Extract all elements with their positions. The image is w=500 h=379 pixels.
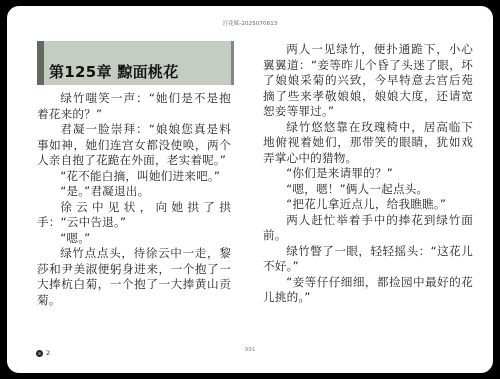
paragraph: 君凝一脸崇拜：“娘娘您真是料事如神，她们连宫女都没使唤，两个人亲自抱了花跪在外面…	[23, 122, 231, 169]
paragraph: 两人一见绿竹，便扑通跪下，小心翼翼道：“妾等昨儿个昏了头迷了眼，坏了娘娘采菊的兴…	[263, 42, 473, 120]
paragraph: “是。”君凝退出。	[23, 184, 231, 200]
paragraph: “花不能白摘，叫她们进来吧。”	[23, 169, 231, 185]
paragraph: “妾等仔仔细细，都捡园中最好的花儿挑的。”	[263, 275, 473, 306]
paragraph: 绿竹点点头，待徐云中一走，黎莎和尹美淑便躬身进来，一个抱了一大捧杭白菊，一个抱了…	[23, 246, 231, 308]
page-number: 991	[7, 347, 493, 353]
chapter-title: 第125章 黥面桃花	[49, 65, 179, 81]
paragraph: 绿竹悠悠靠在玫瑰椅中，居高临下地俯视着她们，那带笑的眼睛，犹如戏弄掌心中的猎物。	[263, 120, 473, 167]
paragraph: “嗯，嗯！”俩人一起点头。	[263, 182, 473, 198]
paragraph: 绿竹嗤笑一声：“她们是不是抱着花来的？”	[23, 91, 231, 122]
chapter-heading-box: 第125章 黥面桃花	[37, 41, 234, 85]
reader-page[interactable]: 宫花赋-2025070613 第125章 黥面桃花 绿竹嗤笑一声：“她们是不是抱…	[7, 6, 493, 373]
paragraph: 绿竹瞥了一眼，轻轻摇头：“这花儿不好。”	[263, 244, 473, 275]
book-title: 宫花赋-2025070613	[7, 19, 493, 27]
paragraph: 徐云中见状，向她拱了拱手：“云中告退。”	[23, 200, 231, 231]
paragraph: 两人赶忙举着手中的捧花到绿竹面前。	[263, 213, 473, 244]
paragraph: “嗯。”	[23, 231, 231, 247]
paragraph: “把花儿拿近点儿，给我瞧瞧。”	[263, 197, 473, 213]
paragraph: “你们是来请罪的？”	[263, 166, 473, 182]
left-column: 第125章 黥面桃花 绿竹嗤笑一声：“她们是不是抱着花来的？” 君凝一脸崇拜：“…	[23, 41, 231, 308]
right-column: 两人一见绿竹，便扑通跪下，小心翼翼道：“妾等昨儿个昏了头迷了眼，坏了娘娘采菊的兴…	[263, 42, 473, 306]
